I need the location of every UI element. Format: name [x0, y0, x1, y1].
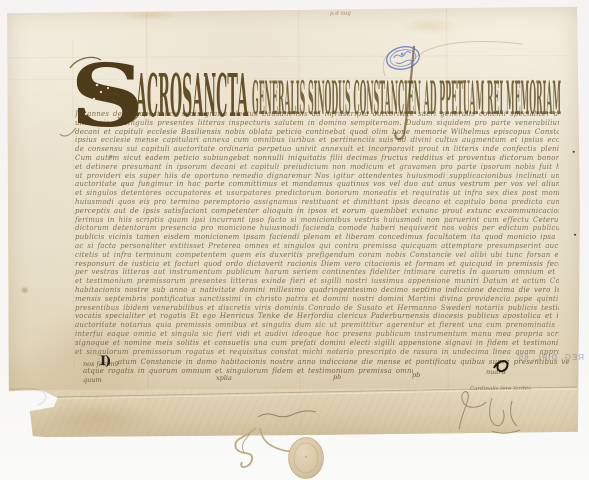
- manuscript-text-line: ut provideri eis super hiis de oportuno …: [75, 172, 559, 181]
- deckle-notch-shading: [10, 389, 46, 405]
- manuscript-text-line: mensis septembris pontificatus sanctissi…: [75, 295, 559, 304]
- notary-inscription: Cardinalis ſere ſcribis: [470, 386, 531, 392]
- manuscript-text-line: decani et capituli ecclesie Basiliensis …: [75, 128, 559, 137]
- manuscript-text-line: auctoritate notarius quia premissis omni…: [75, 321, 559, 330]
- manuscript-text-line: huiusmodi quos eis pro termino peremptor…: [75, 198, 559, 207]
- text-fragment: xplia: [216, 374, 232, 382]
- manuscript-text-line: signoque et nomine meis solitis et consu…: [75, 339, 559, 348]
- manuscript-text-line: Cum autem sicut eadem peticio subiungeba…: [75, 154, 559, 163]
- fold-crease-horizontal: [8, 77, 528, 80]
- manuscript-text-line: vocatis specialiter et rogatis Et ego He…: [75, 312, 559, 321]
- text-fragment: pb: [333, 373, 341, 381]
- text-fragment: nuarū: [486, 368, 506, 376]
- closing-line: atum Constancie in domo habitacionis nos…: [118, 358, 570, 366]
- manuscript-text-line: dictorum detentorum presencia pro monici…: [75, 224, 559, 233]
- stain: [401, 17, 459, 34]
- manuscript-text-line: Johannes dei et apostolice sedis gratia …: [75, 110, 559, 119]
- manuscript-text-line: ac si facta personaliter extitisset Pret…: [75, 242, 559, 251]
- manuscript-text-line: responsuri de iusticia et facturi quod o…: [75, 260, 559, 269]
- manuscript-text-line: et singulorum premissorum rogatus et req…: [75, 348, 559, 357]
- fold-crease-horizontal: [8, 55, 568, 58]
- manuscript-text-line: ipsius ecclesie mense capitulari annexa …: [75, 136, 559, 145]
- manuscript-body: Johannes dei et apostolice sedis gratia …: [75, 110, 559, 360]
- manuscript-text-line: et testimonium premissorum presentes lit…: [75, 277, 559, 286]
- charter-photo: p d aug REG. DIPL. 65 Johannes dei et ap…: [0, 0, 589, 480]
- manuscript-text-line: de consensu sui capituli auctoritate ord…: [75, 145, 559, 154]
- manuscript-text-line: per vestras litteras aut instrumentum pu…: [75, 268, 559, 277]
- closing-line-end: atque rogatis in quorum omnium et singul…: [83, 367, 413, 375]
- manuscript-text-line: et singulos detentores occupatores et us…: [75, 189, 559, 198]
- stain: [118, 9, 182, 20]
- text-fragment: quum: [83, 376, 102, 384]
- manuscript-text-line: et detinere presumant in ipsorum decani …: [75, 163, 559, 172]
- manuscript-text-line: citetis ut infra terminum competentem qu…: [75, 251, 559, 260]
- manuscript-text-line: perceptis aut de ipsis satisfaciant comp…: [75, 207, 559, 216]
- stain: [20, 286, 29, 294]
- manuscript-text-line: auctoritate qua fungimur in hac parte co…: [75, 180, 559, 189]
- text-fragment: pb: [412, 371, 420, 379]
- manuscript-text-line: habitacionis nostre sub anno a nativitat…: [75, 286, 559, 295]
- ink-speck: [573, 151, 575, 153]
- hanging-seal: [289, 438, 324, 479]
- ink-speck: [574, 234, 576, 236]
- manuscript-text-line: universis et singulis presentes litteras…: [75, 119, 559, 128]
- manuscript-text-line: ferimus in hiis scriptis quam ipsi incur…: [75, 216, 559, 225]
- manuscript-text-line: publicis vicinis tamen eisdem monicionem…: [75, 233, 559, 242]
- manuscript-text-line: presentibus ibidem venerabilibus et disc…: [75, 304, 559, 313]
- manuscript-text-line: interfui eaque omnia et singula sic fier…: [75, 330, 559, 339]
